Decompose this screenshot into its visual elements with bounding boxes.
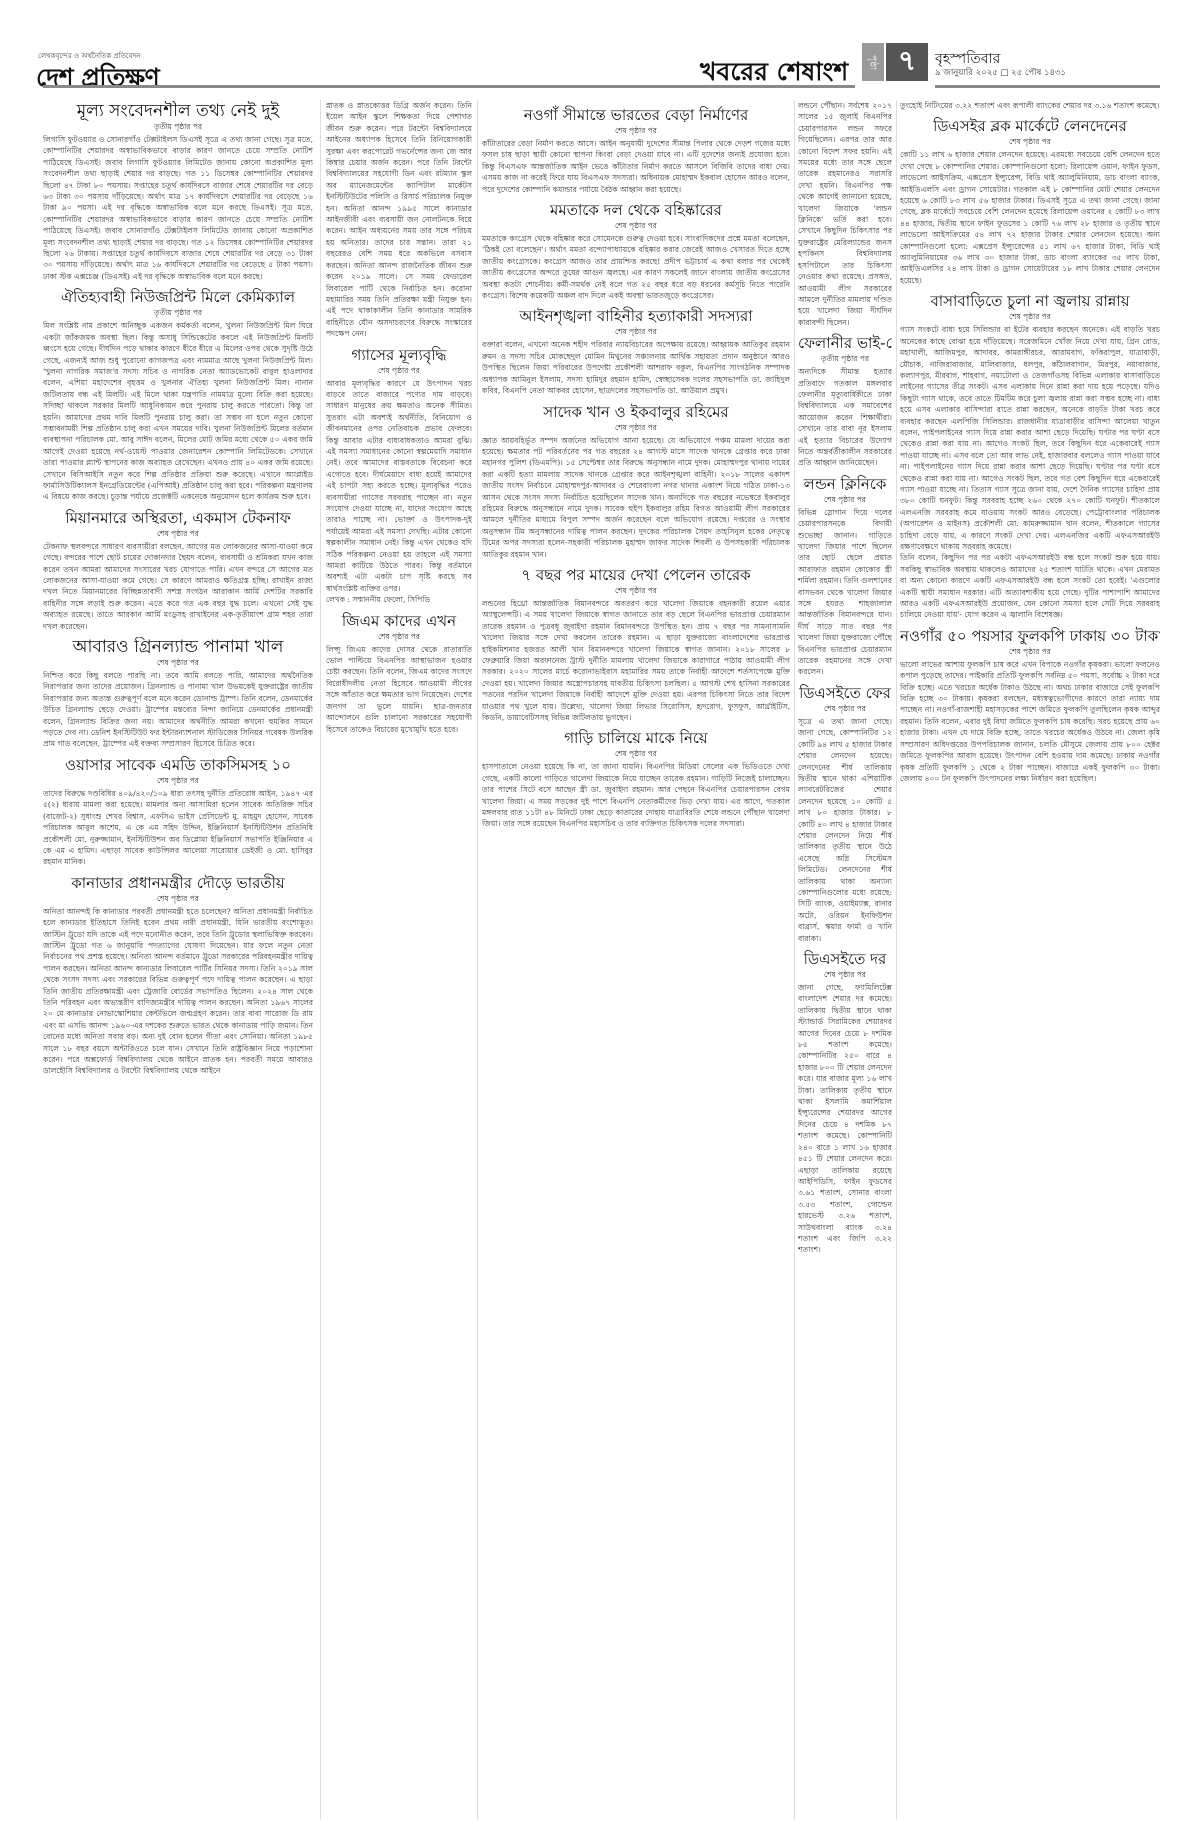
article-body: নিশ্চিত করে কিছু বলতে পারছি না। তবে আমি …	[43, 670, 313, 750]
headline[interactable]: গাড়ি চালিয়ে মাকে নিয়ে	[482, 728, 790, 749]
column-divider	[477, 100, 478, 1820]
article: গাড়ি চালিয়ে মাকে নিয়ে শেষ পৃষ্ঠার পর …	[482, 728, 790, 829]
column-4: লন্ডনে পৌঁছান। সর্বশেষ ২০১৭ সালের ১৫ জুল…	[798, 100, 892, 1826]
column-1: মূল্য সংবেদনশীল তথ্য নেই দুই তৃতীয় পৃষ্…	[43, 96, 313, 1826]
headline[interactable]: মূল্য সংবেদনশীল তথ্য নেই দুই	[43, 101, 313, 122]
continuation-note: তৃতীয় পৃষ্ঠার পর	[43, 122, 313, 132]
article-body: কাঁটাতারের বেড়া নির্মাণ করতে আসে। আইন অ…	[482, 138, 790, 195]
article-body: মিল সংশ্লিষ্ট নাম প্রকাশে অনিচ্ছুক একজন …	[43, 320, 313, 503]
article-body: লিগাসি ফুটওয়্যার ও সোনারগাঁও টেক্সটাইলস…	[43, 134, 313, 282]
article-body: আবার মূল্যবৃদ্ধির কারণে যে উৎপাদন খরচ বা…	[326, 378, 472, 595]
article: নওগাঁর ৫০ পয়সার ফুলকপি ঢাকায় ৩০ টাকা শ…	[900, 626, 1160, 784]
article-body: হাসপাতালে নেওয়া হয়েছে কি না, তা জানা য…	[482, 761, 790, 829]
article-body: মমতাকে কংগ্রেস থেকে বহিষ্কার করে সোমেনকে…	[482, 233, 790, 301]
article: গ্যাসের মূল্যবৃদ্ধি শেষ পৃষ্ঠার পর আবার …	[326, 345, 472, 606]
column-2: স্নাতক ও স্নাতকোত্তর ডিগ্রি অর্জন করেন। …	[326, 100, 472, 1826]
header-rule	[935, 85, 1160, 88]
article-body: তিনি বলেন, কিছুদিন পর পর একটা এফএসআরইউ ব…	[900, 552, 1160, 620]
article: মমতাকে দল থেকে বহিষ্কারের শেষ পৃষ্ঠার পর…	[482, 200, 790, 301]
headline[interactable]: মমতাকে দল থেকে বহিষ্কারের	[482, 200, 790, 221]
article-body: তুংহোই নিটিংয়ের ৩.২২ শতাংশ এবং রূপালী ব…	[900, 100, 1160, 111]
article: ডিএসইতে দর শেষ পৃষ্ঠার পর জানা গেছে, ফ্য…	[798, 949, 892, 1256]
continuation-note: শেষ পৃষ্ঠার পর	[900, 137, 1160, 147]
continuation-note: শেষ পৃষ্ঠার পর	[43, 658, 313, 668]
article-body: ভালো লাভের আশায় ফুলকপি চাষ করে এখন বিপা…	[900, 659, 1160, 784]
continuation-note: শেষ পৃষ্ঠার পর	[798, 495, 892, 505]
headline[interactable]: ফেলানীর ভাই-বোনের	[798, 333, 892, 354]
article-body: লিপ্সু জিএম কাদের দোসর থেকে রাতারাতি ভোল…	[326, 644, 472, 735]
article: নওগাঁ সীমান্তে ভারতের বেড়া নির্মাণের শে…	[482, 105, 790, 195]
continuation-note: তৃতীয় পৃষ্ঠার পর	[43, 308, 313, 318]
continuation-note: শেষ পৃষ্ঠার পর	[482, 749, 790, 759]
article-body: টেকনাফ স্থলবন্দরে সাধারণ ব্যবসায়ীরা বলছ…	[43, 541, 313, 632]
continuation-note: শেষ পৃষ্ঠার পর	[482, 423, 790, 433]
headline[interactable]: ডিএসইতে ফের	[798, 683, 892, 704]
header-rule	[43, 85, 855, 88]
headline[interactable]: ডিএসইতে দর	[798, 949, 892, 970]
article: ডিএসইর ব্লক মার্কেটে লেনদেনের শেষ পৃষ্ঠা…	[900, 116, 1160, 286]
column-divider	[794, 100, 795, 1820]
continuation-note: শেষ পৃষ্ঠার পর	[482, 126, 790, 136]
column-divider	[896, 100, 897, 1820]
headline[interactable]: আবারও গ্রিনল্যান্ড পানামা খাল	[43, 637, 313, 658]
continuation-note: শেষ পৃষ্ঠার পর	[43, 894, 313, 904]
article: ডিএসইতে ফের শেষ পৃষ্ঠার পর সূত্রে এ তথ্য…	[798, 683, 892, 944]
continuation-note: শেষ পৃষ্ঠার পর	[482, 327, 790, 337]
article-body: অনিতা আনন্দই কি কানাডার পরবর্তী প্রধানমন…	[43, 906, 313, 1077]
article-body: বিভিন্ন স্লোগান দিয়ে দলের চেয়ারপারসনকে…	[798, 507, 892, 678]
continuation-note: শেষ পৃষ্ঠার পর	[326, 632, 472, 642]
article: আবারও গ্রিনল্যান্ড পানামা খাল শেষ পৃষ্ঠা…	[43, 637, 313, 750]
continuation-note: শেষ পৃষ্ঠার পর	[482, 586, 790, 596]
continuation-note: শেষ পৃষ্ঠার পর	[900, 647, 1160, 657]
article-body: কোটি ১১ লাখ ৬ হাজার শেয়ার লেনদেন হয়েছে…	[900, 149, 1160, 286]
article: মূল্য সংবেদনশীল তথ্য নেই দুই তৃতীয় পৃষ্…	[43, 101, 313, 282]
continuation-note: শেষ পৃষ্ঠার পর	[482, 221, 790, 231]
column-3: নওগাঁ সীমান্তে ভারতের বেড়া নির্মাণের শে…	[482, 100, 790, 1826]
article-body: লন্ডনে পৌঁছান। সর্বশেষ ২০১৭ সালের ১৫ জুল…	[798, 100, 892, 328]
article: জিএম কাদের এখন শেষ পৃষ্ঠার পর লিপ্সু জিএ…	[326, 611, 472, 735]
column-5: তুংহোই নিটিংয়ের ৩.২২ শতাংশ এবং রূপালী ব…	[900, 100, 1160, 1826]
headline[interactable]: ঐতিহ্যবাহী নিউজপ্রিন্ট মিলে কেমিক্যাল	[43, 287, 313, 308]
article: ঐতিহ্যবাহী নিউজপ্রিন্ট মিলে কেমিক্যাল তৃ…	[43, 287, 313, 503]
article: ওয়াসার সাবেক এমডি তাকসিমসহ ১০ শেষ পৃষ্ঠ…	[43, 755, 313, 868]
continuation-note: শেষ পৃষ্ঠার পর	[798, 704, 892, 714]
article: আইনশৃঙ্খলা বাহিনীর হত্যাকারী সদস্যরা শেষ…	[482, 306, 790, 396]
headline[interactable]: ৭ বছর পর মায়ের দেখা পেলেন তারেক	[482, 565, 790, 586]
column-divider	[320, 100, 321, 1820]
continuation-note: শেষ পৃষ্ঠার পর	[798, 970, 892, 980]
newspaper-logo[interactable]: দেশ প্রতিক্ষণ	[36, 58, 159, 101]
headline[interactable]: লন্ডন ক্লিনিকে	[798, 474, 892, 495]
article: ফেলানীর ভাই-বোনের তৃতীয় পৃষ্ঠার পর অন্য…	[798, 333, 892, 469]
page-label: পৃষ্ঠা	[862, 43, 884, 81]
headline[interactable]: কানাডার প্রধানমন্ত্রীর দৌড়ে ভারতীয়	[43, 873, 313, 894]
page-number: ৭	[886, 43, 928, 81]
headline[interactable]: ওয়াসার সাবেক এমডি তাকসিমসহ ১০	[43, 755, 313, 776]
article: বাসাবাড়িতে চুলা না জ্বলায় রান্নায় শেষ…	[900, 291, 1160, 621]
article-body: স্নাতক ও স্নাতকোত্তর ডিগ্রি অর্জন করেন। …	[326, 100, 472, 340]
headline[interactable]: ডিএসইর ব্লক মার্কেটে লেনদেনের	[900, 116, 1160, 137]
headline[interactable]: নওগাঁ সীমান্তে ভারতের বেড়া নির্মাণের	[482, 105, 790, 126]
article-body: তাদের বিরুদ্ধে দণ্ডবিধির ৪০৯/৪২০/১০৯ ধার…	[43, 788, 313, 868]
article: লন্ডন ক্লিনিকে শেষ পৃষ্ঠার পর বিভিন্ন স্…	[798, 474, 892, 678]
continuation-note: শেষ পৃষ্ঠার পর	[43, 529, 313, 539]
continuation-note: শেষ পৃষ্ঠার পর	[43, 776, 313, 786]
article-body: গ্যাস সংকটে বাধ্য হয়ে সিলিন্ডার বা ইটের…	[900, 324, 1160, 552]
date-line: ৯ জানুয়ারি ২০২৫ □ ২৫ পৌষ ১৪৩১	[935, 66, 1066, 80]
article: মিয়ানমারে অস্থিরতা, একমাস টেকনাফ শেষ পৃ…	[43, 508, 313, 632]
headline[interactable]: বাসাবাড়িতে চুলা না জ্বলায় রান্নায়	[900, 291, 1160, 312]
continuation-note: তৃতীয় পৃষ্ঠার পর	[798, 354, 892, 364]
article-body: সূত্রে এ তথ্য জানা গেছে। জানা গেছে, কোম্…	[798, 716, 892, 944]
article: কানাডার প্রধানমন্ত্রীর দৌড়ে ভারতীয় শেষ…	[43, 873, 313, 1077]
headline[interactable]: আইনশৃঙ্খলা বাহিনীর হত্যাকারী সদস্যরা	[482, 306, 790, 327]
masthead: লেখকবৃন্দের ও অর্থনৈতিক প্রতিবেদন দেশ প্…	[0, 0, 1200, 90]
article-body: অন্যদিকে সীমান্ত হত্যার প্রতিবাদে গতকাল …	[798, 366, 892, 469]
continuation-note: শেষ পৃষ্ঠার পর	[326, 366, 472, 376]
article-body: বক্তারা বলেন, এখনো অনেক শহীদ পরিবার ন্যা…	[482, 339, 790, 396]
section-title: খবরের শেষাংশ	[700, 52, 848, 95]
article: সাদেক খান ও ইকবালুর রহিমের শেষ পৃষ্ঠার প…	[482, 402, 790, 560]
headline[interactable]: মিয়ানমারে অস্থিরতা, একমাস টেকনাফ	[43, 508, 313, 529]
headline[interactable]: সাদেক খান ও ইকবালুর রহিমের	[482, 402, 790, 423]
continuation-note: শেষ পৃষ্ঠার পর	[900, 312, 1160, 322]
article-body: লন্ডনের হিথ্রো আন্তর্জাতিক বিমানবন্দরে অ…	[482, 598, 790, 723]
headline[interactable]: গ্যাসের মূল্যবৃদ্ধি	[326, 345, 472, 366]
byline: লেখক : সম্মাননীয় ফেলো, সিপিডি	[326, 594, 472, 605]
headline[interactable]: নওগাঁর ৫০ পয়সার ফুলকপি ঢাকায় ৩০ টাকা	[900, 626, 1160, 647]
article-body: জ্ঞাত আয়বহির্ভূত সম্পদ অর্জনের অভিযোগ আ…	[482, 435, 790, 560]
article-body: জানা গেছে, ফ্যামিলিটেক্স বাংলাদেশ শেয়ার…	[798, 982, 892, 1256]
headline[interactable]: জিএম কাদের এখন	[326, 611, 472, 632]
article: ৭ বছর পর মায়ের দেখা পেলেন তারেক শেষ পৃষ…	[482, 565, 790, 723]
